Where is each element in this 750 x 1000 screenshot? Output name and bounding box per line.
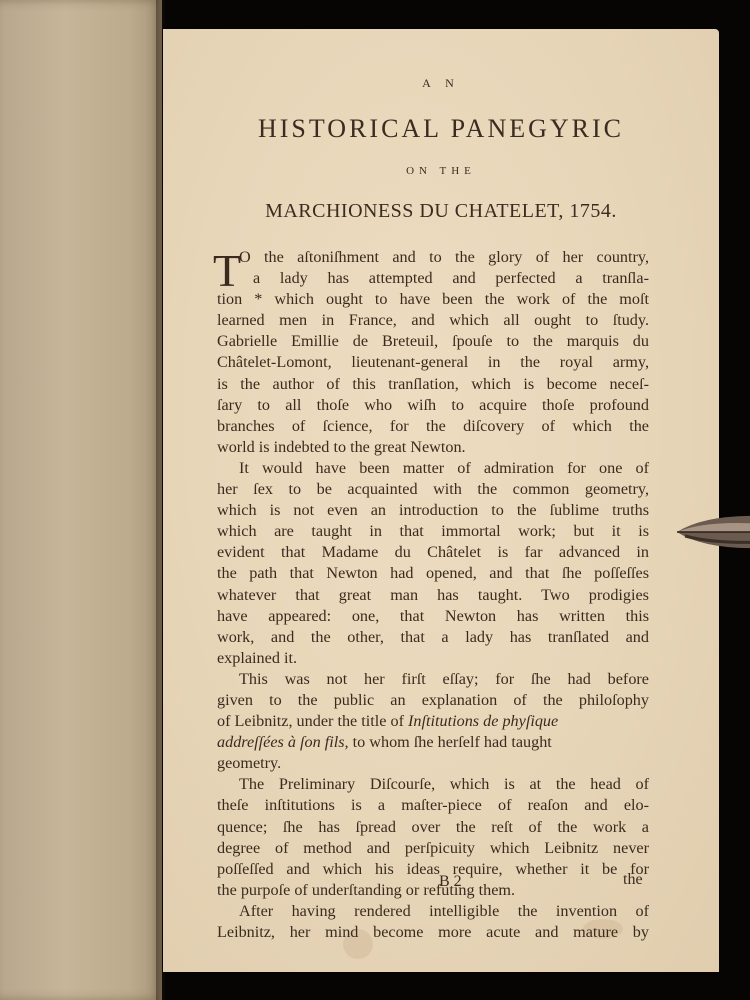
heading-an: A N <box>163 76 719 91</box>
text-line: It would have been matter of admiration … <box>217 458 649 479</box>
book-page: A N HISTORICAL PANEGYRIC ON THE MARCHION… <box>163 29 719 972</box>
text-line: given to the public an explanation of th… <box>217 690 649 711</box>
text-line: theſe inſtitutions is a maſter-piece of … <box>217 795 649 816</box>
text-line: Châtelet-Lomont, lieutenant-general in t… <box>217 352 649 373</box>
book-title-italic: Inſtitutions de phyſique <box>408 712 558 730</box>
text-line: branches of ſcience, for the diſcovery o… <box>217 416 649 437</box>
text-line: which is not even an introduction to the… <box>217 500 649 521</box>
page-title: HISTORICAL PANEGYRIC <box>163 114 719 144</box>
body-text: T O the aſtoniſhment and to the glory of… <box>217 247 649 943</box>
text-line: poſſeſſed and which his ideas require, w… <box>217 859 649 880</box>
text-line: addreſſées à ſon fils, to whom ſhe herſe… <box>217 732 649 753</box>
text-line: ſary to all thoſe who wiſh to acquire th… <box>217 395 649 416</box>
text-fragment: of Leibnitz, under the title of <box>217 712 404 730</box>
text-line: After having rendered intelligible the i… <box>217 901 649 922</box>
page-marker-icon <box>675 510 750 554</box>
heading-on-the: ON THE <box>163 165 719 177</box>
left-page-edge <box>0 0 162 1000</box>
signature-mark: B 2 <box>439 873 462 891</box>
text-line: O the aſtoniſhment and to the glory of h… <box>217 247 649 268</box>
text-line: This was not her firſt eſſay; for ſhe ha… <box>217 669 649 690</box>
text-line: geometry. <box>217 753 649 774</box>
text-line: work, and the other, that a lady has tra… <box>217 627 649 648</box>
text-line: Gabrielle Emillie de Breteuil, ſpouſe to… <box>217 331 649 352</box>
text-line: have appeared: one, that Newton has writ… <box>217 606 649 627</box>
text-line: evident that Madame du Châtelet is far a… <box>217 542 649 563</box>
page-subtitle: MARCHIONESS DU CHATELET, 1754. <box>163 200 719 223</box>
text-line: degree of method and perſpicuity which L… <box>217 838 649 859</box>
text-line: the purpoſe of underſtanding or refuting… <box>217 880 649 901</box>
book-title-italic: addreſſées à ſon fils, <box>217 733 349 751</box>
text-line: The Preliminary Diſcourſe, which is at t… <box>217 774 649 795</box>
text-line: is the author of this tranſlation, which… <box>217 374 649 395</box>
catchword: the <box>623 871 643 889</box>
text-line: explained it. <box>217 648 649 669</box>
text-line: her ſex to be acquainted with the common… <box>217 479 649 500</box>
text-line: whatever that great man has taught. Two … <box>217 585 649 606</box>
text-line: world is indebted to the great Newton. <box>217 437 649 458</box>
text-line: Leibnitz, her mind become more acute and… <box>217 922 649 943</box>
text-line: the path that Newton had opened, and tha… <box>217 563 649 584</box>
text-line: learned men in France, and which all oug… <box>217 310 649 331</box>
text-line: of Leibnitz, under the title of Inſtitut… <box>217 711 649 732</box>
text-fragment: to whom ſhe herſelf had taught <box>353 733 552 751</box>
drop-cap: T <box>213 251 241 291</box>
text-line: tion * which ought to have been the work… <box>217 289 649 310</box>
text-line: a lady has attempted and perfected a tra… <box>217 268 649 289</box>
text-line: quence; ſhe has ſpread over the reſt of … <box>217 817 649 838</box>
text-line: which are taught in that immortal work; … <box>217 521 649 542</box>
